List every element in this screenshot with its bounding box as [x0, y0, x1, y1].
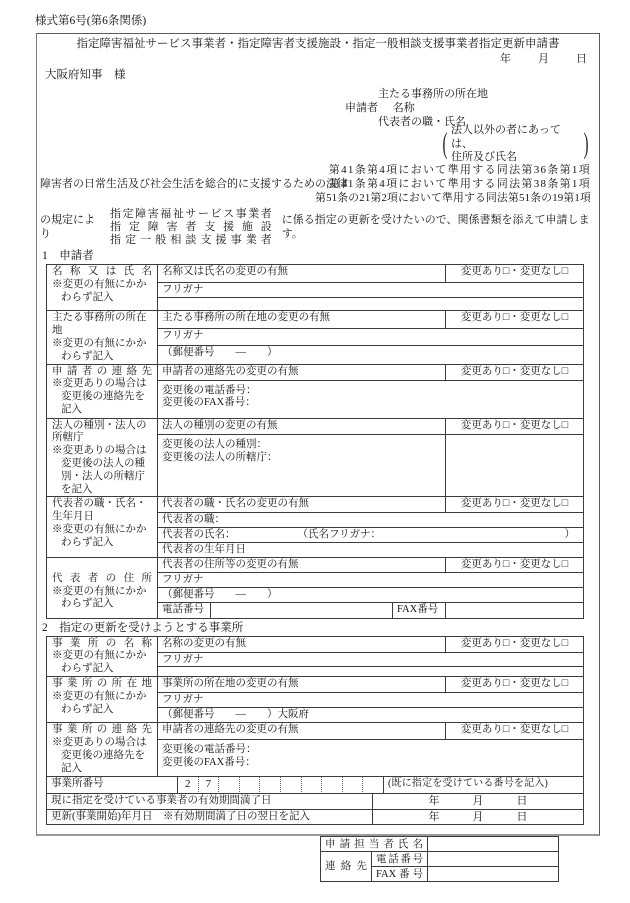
expiry-label: 現に指定を受けている事業者の有効期間満了日	[47, 793, 373, 809]
office-number-digit-cell[interactable]	[239, 777, 260, 792]
row-corp-empty-cell	[446, 434, 584, 496]
office-location-postal[interactable]: （郵便番号 ― ）大阪府	[158, 708, 584, 723]
office-name-change-checkbox[interactable]: 変更あり□・変更なし□	[446, 636, 584, 652]
section1-heading: 1 申請者	[42, 249, 591, 263]
name-label: 名称	[393, 102, 415, 114]
row-name-question: 名称又は氏名の変更の有無	[158, 265, 446, 283]
applicant-table: 名称又は氏名 ※変更の有無にかかわらず記入 名称又は氏名の変更の有無 変更あり□…	[46, 264, 584, 618]
row-rep-job[interactable]: 代表者の職：	[158, 513, 584, 528]
row-rep-question: 代表者の職・氏名の変更の有無	[158, 497, 446, 513]
office-contact-question: 申請者の連絡先の変更の有無	[158, 723, 446, 739]
row-contact-label-cell: 申請者の連絡先 ※変更ありの場合は変更後の連絡先を記入	[47, 364, 158, 418]
office-table: 事業所の名称 ※変更の有無にかかわらず記入 名称の変更の有無 変更あり□・変更な…	[46, 636, 584, 777]
provision-suffix: に係る指定の更新を受けたいので、関係書類を添えて申請します。	[282, 214, 591, 240]
row-address-furigana[interactable]: フリガナ	[158, 572, 584, 587]
row-contact-question: 申請者の連絡先の変更の有無	[158, 364, 446, 380]
expiry-date-input[interactable]: 年 月 日	[373, 793, 584, 809]
office-address-label: 主たる事務所の所在地	[378, 88, 591, 102]
row-name-note: ※変更の有無にかかわらず記入	[52, 279, 152, 305]
row-rep-label-cell: 代表者の職・氏名・生年月日 ※変更の有無にかかわらず記入	[47, 497, 158, 557]
renewal-date-input[interactable]: 年 月 日	[373, 809, 584, 824]
office-location-label-cell: 事業所の所在地 ※変更の有無にかかわらず記入	[47, 677, 158, 723]
document-title: 指定障害福祉サービス事業者・指定障害者支援施設・指定一般相談支援事業者指定更新申…	[45, 37, 591, 52]
row-office-label: 主たる事務所の所在地	[52, 312, 152, 338]
row-name-input[interactable]	[158, 298, 584, 311]
contact-tel-input[interactable]	[428, 851, 559, 866]
bracket-close: )	[584, 130, 589, 158]
row-office-postal[interactable]: （郵便番号 ― ）	[158, 345, 584, 364]
office-location-label: 事業所の所在地	[52, 678, 152, 691]
service-type-3: 指定一般相談支援事業者	[110, 234, 272, 247]
row-contact-body[interactable]: 変更後の電話番号： 変更後のFAX番号：	[158, 380, 584, 418]
date-month-label: 月	[538, 52, 549, 66]
row-address-fax-label: FAX番号	[393, 602, 446, 618]
office-contact-body[interactable]: 変更後の電話番号： 変更後のFAX番号：	[158, 739, 584, 776]
row-corp-change-checkbox[interactable]: 変更あり□・変更なし□	[446, 418, 584, 434]
row-office-note: ※変更の有無にかかわらず記入	[52, 338, 152, 364]
bracket-open: (	[443, 130, 448, 158]
row-office-question: 主たる事務所の所在地の変更の有無	[158, 311, 446, 329]
row-address-label: 代表者の住所	[52, 573, 152, 586]
row-corp-label: 法人の種別・法人の所轄庁	[52, 420, 152, 446]
row-contact-label: 申請者の連絡先	[52, 366, 152, 379]
office-contact-label-cell: 事業所の連絡先 ※変更ありの場合は変更後の連絡先を記入	[47, 723, 158, 776]
office-number-digit-cell[interactable]	[321, 777, 342, 792]
row-rep-kana-label: （氏名フリガナ：	[298, 529, 381, 542]
contact-label: 連絡先	[321, 851, 372, 881]
row-address-tel-input[interactable]	[211, 602, 393, 618]
contact-fax-input[interactable]	[428, 866, 559, 881]
office-number-note: (既に指定を受けている番号を記入)	[384, 776, 584, 793]
row-rep-change-checkbox[interactable]: 変更あり□・変更なし□	[446, 497, 584, 513]
office-number-digits: 2 7	[178, 776, 384, 793]
row-name-furigana[interactable]: フリガナ	[158, 283, 584, 298]
date-year-label: 年	[500, 52, 511, 66]
row-address-note: ※変更の有無にかかわらず記入	[52, 586, 152, 612]
office-name-label: 事業所の名称	[52, 638, 152, 651]
office-name-furigana[interactable]: フリガナ	[158, 652, 584, 667]
row-contact-change-checkbox[interactable]: 変更あり□・変更なし□	[446, 364, 584, 380]
law-clause-3: 第51条の21第2項において準用する同法第51条の19第1項	[40, 192, 591, 206]
row-office-label-cell: 主たる事務所の所在地 ※変更の有無にかかわらず記入	[47, 311, 158, 364]
office-number-digit-cell: 7	[198, 777, 219, 792]
date-line: 年 月 日	[45, 52, 591, 66]
office-location-question: 事業所の所在地の変更の有無	[158, 677, 446, 693]
contact-fax-label: FAX番号	[372, 866, 428, 881]
form-page: 様式第6号(第6条関係) 指定障害福祉サービス事業者・指定障害者支援施設・指定一…	[0, 0, 630, 903]
row-name-change-checkbox[interactable]: 変更あり□・変更なし□	[446, 265, 584, 283]
office-name-input[interactable]	[158, 667, 584, 677]
law-clause-1: 第41条第4項において準用する同法第36条第1項	[40, 164, 591, 178]
row-corp-label-cell: 法人の種別・法人の所轄庁 ※変更ありの場合は変更後の法人の種別・法人の所轄庁を記…	[47, 418, 158, 497]
office-number-digit-cell[interactable]	[280, 777, 301, 792]
bracket-line-1: 法人以外の者にあっては、	[451, 124, 580, 152]
office-location-change-checkbox[interactable]: 変更あり□・変更なし□	[446, 677, 584, 693]
row-address-label-cell: 代表者の住所 ※変更の有無にかかわらず記入	[47, 557, 158, 618]
applicant-label: 申請者	[345, 102, 378, 114]
form-outer-box: 指定障害福祉サービス事業者・指定障害者支援施設・指定一般相談支援事業者指定更新申…	[36, 33, 600, 836]
contact-tel-label: 電話番号	[372, 851, 428, 866]
service-type-2: 指定障害者支援施設	[110, 221, 272, 234]
office-number-label: 事業所番号	[47, 776, 178, 793]
office-name-label-cell: 事業所の名称 ※変更の有無にかかわらず記入	[47, 636, 158, 677]
contact-person-table: 申請担当者氏名 連絡先 電話番号 FAX番号	[320, 836, 559, 882]
office-contact-change-checkbox[interactable]: 変更あり□・変更なし□	[446, 723, 584, 739]
service-type-list: 指定障害福祉サービス事業者 指定障害者支援施設 指定一般相談支援事業者	[110, 208, 272, 248]
renewal-row-table: 更新(事業開始)年月日 ※有効期間満了日の翌日を記入 年 月 日	[46, 809, 584, 825]
office-name-question: 名称の変更の有無	[158, 636, 446, 652]
renewal-label: 更新(事業開始)年月日 ※有効期間満了日の翌日を記入	[47, 809, 373, 824]
office-number-digit-cell[interactable]	[362, 777, 383, 792]
row-address-postal[interactable]: （郵便番号 ― ）	[158, 587, 584, 602]
staff-name-input[interactable]	[428, 836, 559, 851]
staff-name-label: 申請担当者氏名	[321, 836, 428, 851]
office-contact-note: ※変更ありの場合は変更後の連絡先を記入	[52, 737, 152, 775]
non-corporate-note: ( 法人以外の者にあっては、 住所及び氏名 )	[440, 129, 591, 159]
row-name-label: 名称又は氏名	[52, 266, 152, 279]
office-contact-label: 事業所の連絡先	[52, 724, 152, 737]
date-day-label: 日	[576, 52, 587, 66]
office-number-digit-cell[interactable]	[259, 777, 280, 792]
service-type-1: 指定障害福祉サービス事業者	[110, 208, 272, 221]
law-name: 障害者の日常生活及び社会生活を総合的に支援するための法律	[40, 178, 348, 192]
provision-prefix: の規定により	[40, 214, 102, 240]
row-rep-label: 代表者の職・氏名・生年月日	[52, 498, 152, 524]
row-office-change-checkbox[interactable]: 変更あり□・変更なし□	[446, 311, 584, 329]
office-number-digit-cell[interactable]	[301, 777, 322, 792]
row-address-change-checkbox[interactable]: 変更あり□・変更なし□	[446, 557, 584, 572]
row-corp-body[interactable]: 変更後の法人の種別： 変更後の法人の所轄庁：	[158, 434, 446, 496]
row-rep-name-label: 代表者の氏名：	[162, 529, 236, 542]
row-address-fax-input[interactable]	[446, 602, 584, 618]
addressee: 大阪府知事 様	[45, 68, 591, 83]
office-name-note: ※変更の有無にかかわらず記入	[52, 650, 152, 676]
row-office-furigana[interactable]: フリガナ	[158, 329, 584, 345]
row-rep-note: ※変更の有無にかかわらず記入	[52, 524, 152, 550]
office-number-digit-cell[interactable]	[218, 777, 239, 792]
row-name-label-cell: 名称又は氏名 ※変更の有無にかかわらず記入	[47, 265, 158, 311]
row-address-tel-label: 電話番号	[158, 602, 211, 618]
office-location-note: ※変更の有無にかかわらず記入	[52, 691, 152, 717]
row-address-question: 代表者の住所等の変更の有無	[158, 557, 446, 572]
office-location-furigana[interactable]: フリガナ	[158, 693, 584, 708]
provision-statement: の規定により 指定障害福祉サービス事業者 指定障害者支援施設 指定一般相談支援事…	[40, 208, 591, 248]
form-number: 様式第6号(第6条関係)	[35, 12, 630, 28]
row-contact-note: ※変更ありの場合は変更後の連絡先を記入	[52, 378, 152, 416]
row-rep-kana-close: ）	[565, 529, 576, 542]
expiry-row-table: 現に指定を受けている事業者の有効期間満了日 年 月 日	[46, 793, 584, 810]
applicant-block: 主たる事務所の所在地 申請者 名称 代表者の職・氏名 ( 法人以外の者にあっては…	[45, 88, 591, 159]
office-number-table: 事業所番号 2 7 (既に指定を受けている番号を	[46, 776, 584, 794]
row-rep-name-cell[interactable]: 代表者の氏名： （氏名フリガナ： ）	[158, 528, 584, 543]
law-reference-block: 障害者の日常生活及び社会生活を総合的に支援するための法律 第41条第4項において…	[40, 164, 591, 205]
office-number-digit-cell: 2	[178, 777, 198, 792]
row-corp-note: ※変更ありの場合は変更後の法人の種別・法人の所轄庁を記入	[52, 445, 152, 496]
row-rep-birth[interactable]: 代表者の生年月日	[158, 542, 584, 557]
applicant-name-line: 申請者 名称	[345, 102, 591, 116]
row-corp-question: 法人の種別の変更の有無	[158, 418, 446, 434]
office-number-digit-cell[interactable]	[342, 777, 363, 792]
section2-heading: 2 指定の更新を受けようとする事業所	[42, 621, 591, 635]
